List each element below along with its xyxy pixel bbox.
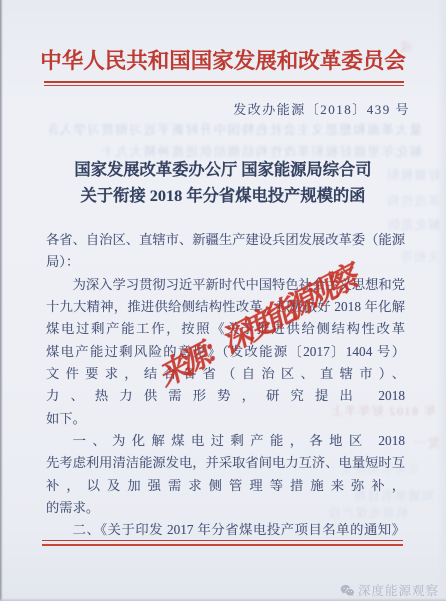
body-line: 文件要求，结合各省（自治区、直辖市）、新疆生产建设兵团电 — [46, 363, 405, 385]
body-line: 一、为化解煤电过剩产能，各地区 2018 年出现的电力缺口优 — [46, 430, 405, 452]
header-red-rule — [44, 81, 404, 86]
body-line: 二、《关于印发 2017 年分省煤电投产项目名单的通知》（发 — [46, 519, 405, 541]
document-title: 国家发展改革委办公厅 国家能源局综合司 关于衔接 2018 年分省煤电投产规模的… — [0, 157, 446, 208]
wechat-logo-icon — [340, 584, 355, 597]
footer-red-rule — [42, 540, 403, 546]
agency-header: 中华人民共和国国家发展和改革委员会 — [0, 44, 446, 75]
body-line: 力、热力供需形势，研究提出 2018 年煤电投产规模安排初步意见 — [46, 385, 405, 407]
body-line: 的需求。 — [46, 497, 405, 519]
body-line: 如下。 — [46, 408, 405, 430]
body-line: 补，以及加强需求侧管理等措施来弥补，减少对新投产煤电装机 — [46, 475, 405, 497]
scan-right-shade — [436, 0, 446, 601]
footer-brand-watermark: 深度能源观察 — [340, 581, 439, 599]
footer-brand-text: 深度能源观察 — [358, 581, 439, 599]
document-title-line2: 关于衔接 2018 年分省煤电投产规模的函 — [0, 183, 446, 209]
scanned-official-document: 量大革面和想思义主会社色特国中升时新平近习彻贯习学入深解化年里做好极积革改性构结… — [0, 0, 446, 601]
scan-left-edge — [0, 0, 3, 601]
document-title-line1: 国家发展改革委办公厅 国家能源局综合司 — [0, 157, 446, 183]
document-number: 发改办能源〔2018〕439 号 — [233, 99, 410, 118]
bleed-through-line: 量大革面和想思义主会社色特国中升时新平近习彻贯习学入深 — [50, 120, 422, 138]
body-line: 先考虑利用清洁能源发电，并采取省间电力互济、电量短时互 — [46, 452, 405, 474]
